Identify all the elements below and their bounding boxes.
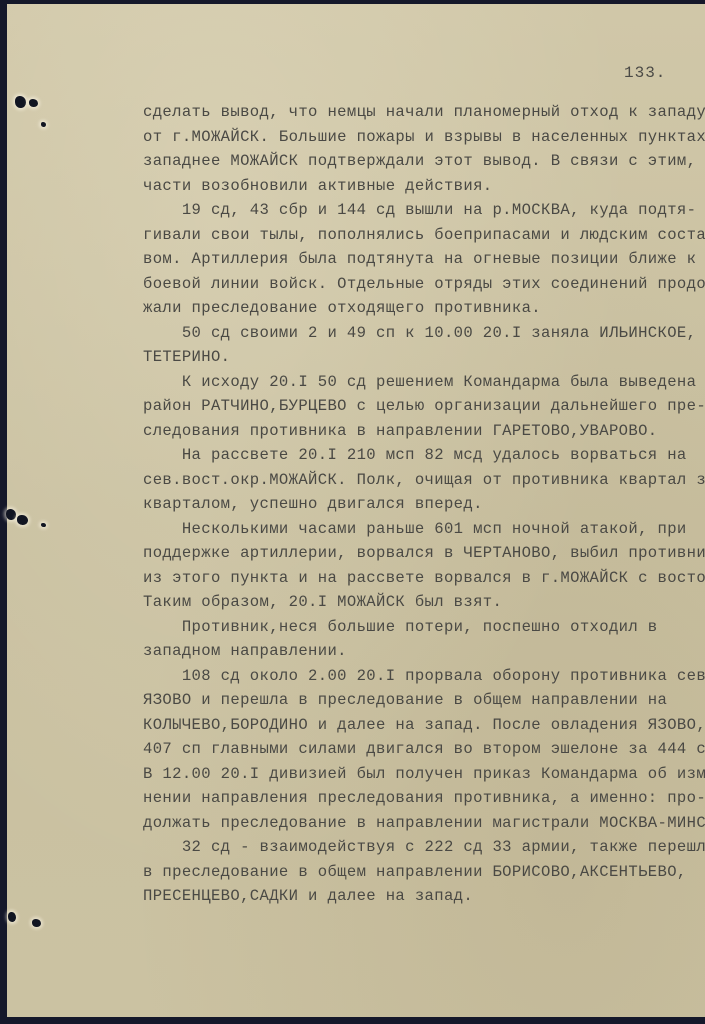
text-line: кварталом, успешно двигался вперед. — [143, 492, 705, 517]
text-line: Несколькими часами раньше 601 мсп ночной… — [143, 517, 705, 542]
text-line: В 12.00 20.I дивизией был получен приказ… — [143, 762, 705, 787]
text-line: от г.МОЖАЙСК. Большие пожары и взрывы в … — [143, 125, 705, 150]
text-line: гивали свои тылы, пополнялись боеприпаса… — [143, 223, 705, 248]
text-line: боевой линии войск. Отдельные отряды эти… — [143, 272, 705, 297]
text-line: западнее МОЖАЙСК подтверждали этот вывод… — [143, 149, 705, 174]
text-line: следования противника в направлении ГАРЕ… — [143, 419, 705, 444]
text-line: 108 сд около 2.00 20.I прорвала оборону … — [143, 664, 705, 689]
text-line: в преследование в общем направлении БОРИ… — [143, 860, 705, 885]
text-line: западном направлении. — [143, 639, 705, 664]
punch-hole-mid-3 — [41, 523, 46, 527]
text-line: из этого пункта и на рассвете ворвался в… — [143, 566, 705, 591]
punch-hole-mid-1 — [6, 509, 16, 520]
page-number: 133. — [624, 64, 666, 82]
text-line: вом. Артиллерия была подтянута на огневы… — [143, 247, 705, 272]
text-line: 19 сд, 43 сбр и 144 сд вышли на р.МОСКВА… — [143, 198, 705, 223]
punch-hole-top-3 — [41, 122, 46, 127]
text-line: поддержке артиллерии, ворвался в ЧЕРТАНО… — [143, 541, 705, 566]
text-line: К исходу 20.I 50 сд решением Командарма … — [143, 370, 705, 395]
text-line: На рассвете 20.I 210 мсп 82 мсд удалось … — [143, 443, 705, 468]
text-line: должать преследование в направлении маги… — [143, 811, 705, 836]
text-line: сев.вост.окр.МОЖАЙСК. Полк, очищая от пр… — [143, 468, 705, 493]
text-line: нении направления преследования противни… — [143, 786, 705, 811]
punch-hole-bottom-1 — [8, 912, 16, 922]
text-line: 50 сд своими 2 и 49 сп к 10.00 20.I заня… — [143, 321, 705, 346]
text-line: Противник,неся большие потери, поспешно … — [143, 615, 705, 640]
text-line: 407 сп главными силами двигался во второ… — [143, 737, 705, 762]
text-line: район РАТЧИНО,БУРЦЕВО с целью организаци… — [143, 394, 705, 419]
text-line: 32 сд - взаимодействуя с 222 сд 33 армии… — [143, 835, 705, 860]
punch-hole-top-2 — [29, 99, 38, 107]
punch-hole-top-1 — [15, 96, 26, 108]
document-page: 133. сделать вывод, что немцы начали пла… — [7, 4, 705, 1017]
text-line: КОЛЫЧЕВО,БОРОДИНО и далее на запад. Посл… — [143, 713, 705, 738]
punch-hole-mid-2 — [17, 515, 28, 525]
text-line: части возобновили активные действия. — [143, 174, 705, 199]
punch-hole-bottom-2 — [32, 919, 41, 927]
text-line: ПРЕСЕНЦЕВО,САДКИ и далее на запад. — [143, 884, 705, 909]
text-line: Таким образом, 20.I МОЖАЙСК был взят. — [143, 590, 705, 615]
text-line: ЯЗОВО и перешла в преследование в общем … — [143, 688, 705, 713]
text-line: жали преследование отходящего противника… — [143, 296, 705, 321]
text-line: сделать вывод, что немцы начали планомер… — [143, 100, 705, 125]
typewritten-body: сделать вывод, что немцы начали планомер… — [143, 100, 705, 909]
text-line: ТЕТЕРИНО. — [143, 345, 705, 370]
